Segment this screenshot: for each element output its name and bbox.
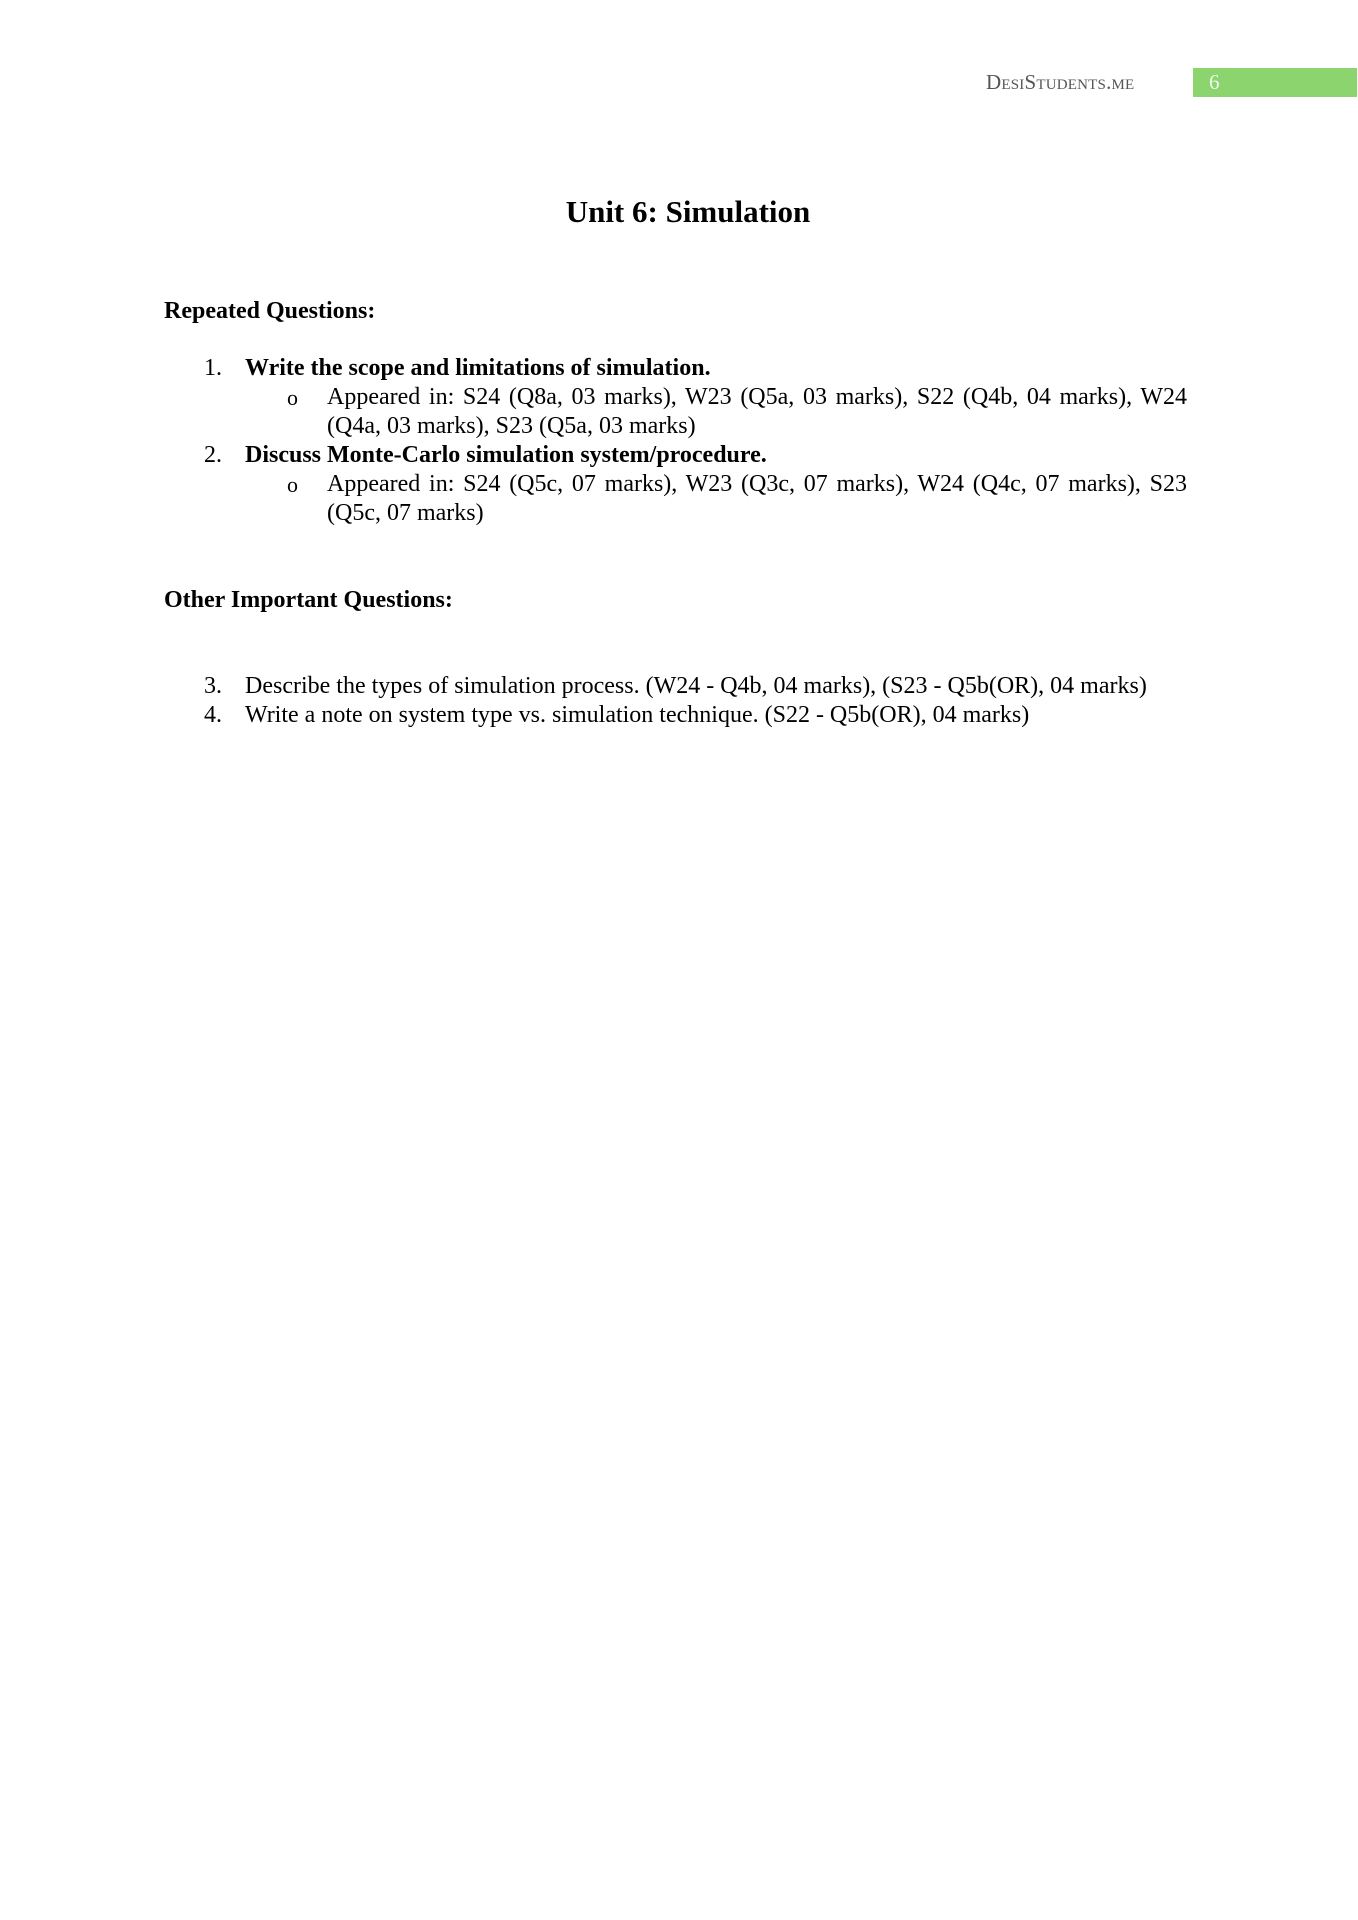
question-text: Describe the types of simulation process… (245, 672, 1147, 701)
page-number-box: 6 (1193, 68, 1357, 97)
page-title: Unit 6: Simulation (0, 192, 1358, 232)
header-brand: DesiStudents.me (986, 70, 1134, 94)
question-text: Write the scope and limitations of simul… (245, 354, 711, 383)
repeated-questions-heading: Repeated Questions: (164, 296, 375, 326)
page-number: 6 (1209, 70, 1220, 94)
other-questions-heading: Other Important Questions: (164, 585, 453, 615)
question-number: 3. (204, 672, 222, 701)
bullet-icon: o (287, 383, 298, 412)
appeared-in-text: Appeared in: S24 (Q5c, 07 marks), W23 (Q… (327, 470, 1187, 528)
question-number: 1. (204, 354, 222, 383)
appeared-in-text: Appeared in: S24 (Q8a, 03 marks), W23 (Q… (327, 383, 1187, 441)
question-number: 4. (204, 701, 222, 730)
question-number: 2. (204, 441, 222, 470)
question-text: Discuss Monte-Carlo simulation system/pr… (245, 441, 767, 470)
bullet-icon: o (287, 470, 298, 499)
question-text: Write a note on system type vs. simulati… (245, 701, 1029, 730)
